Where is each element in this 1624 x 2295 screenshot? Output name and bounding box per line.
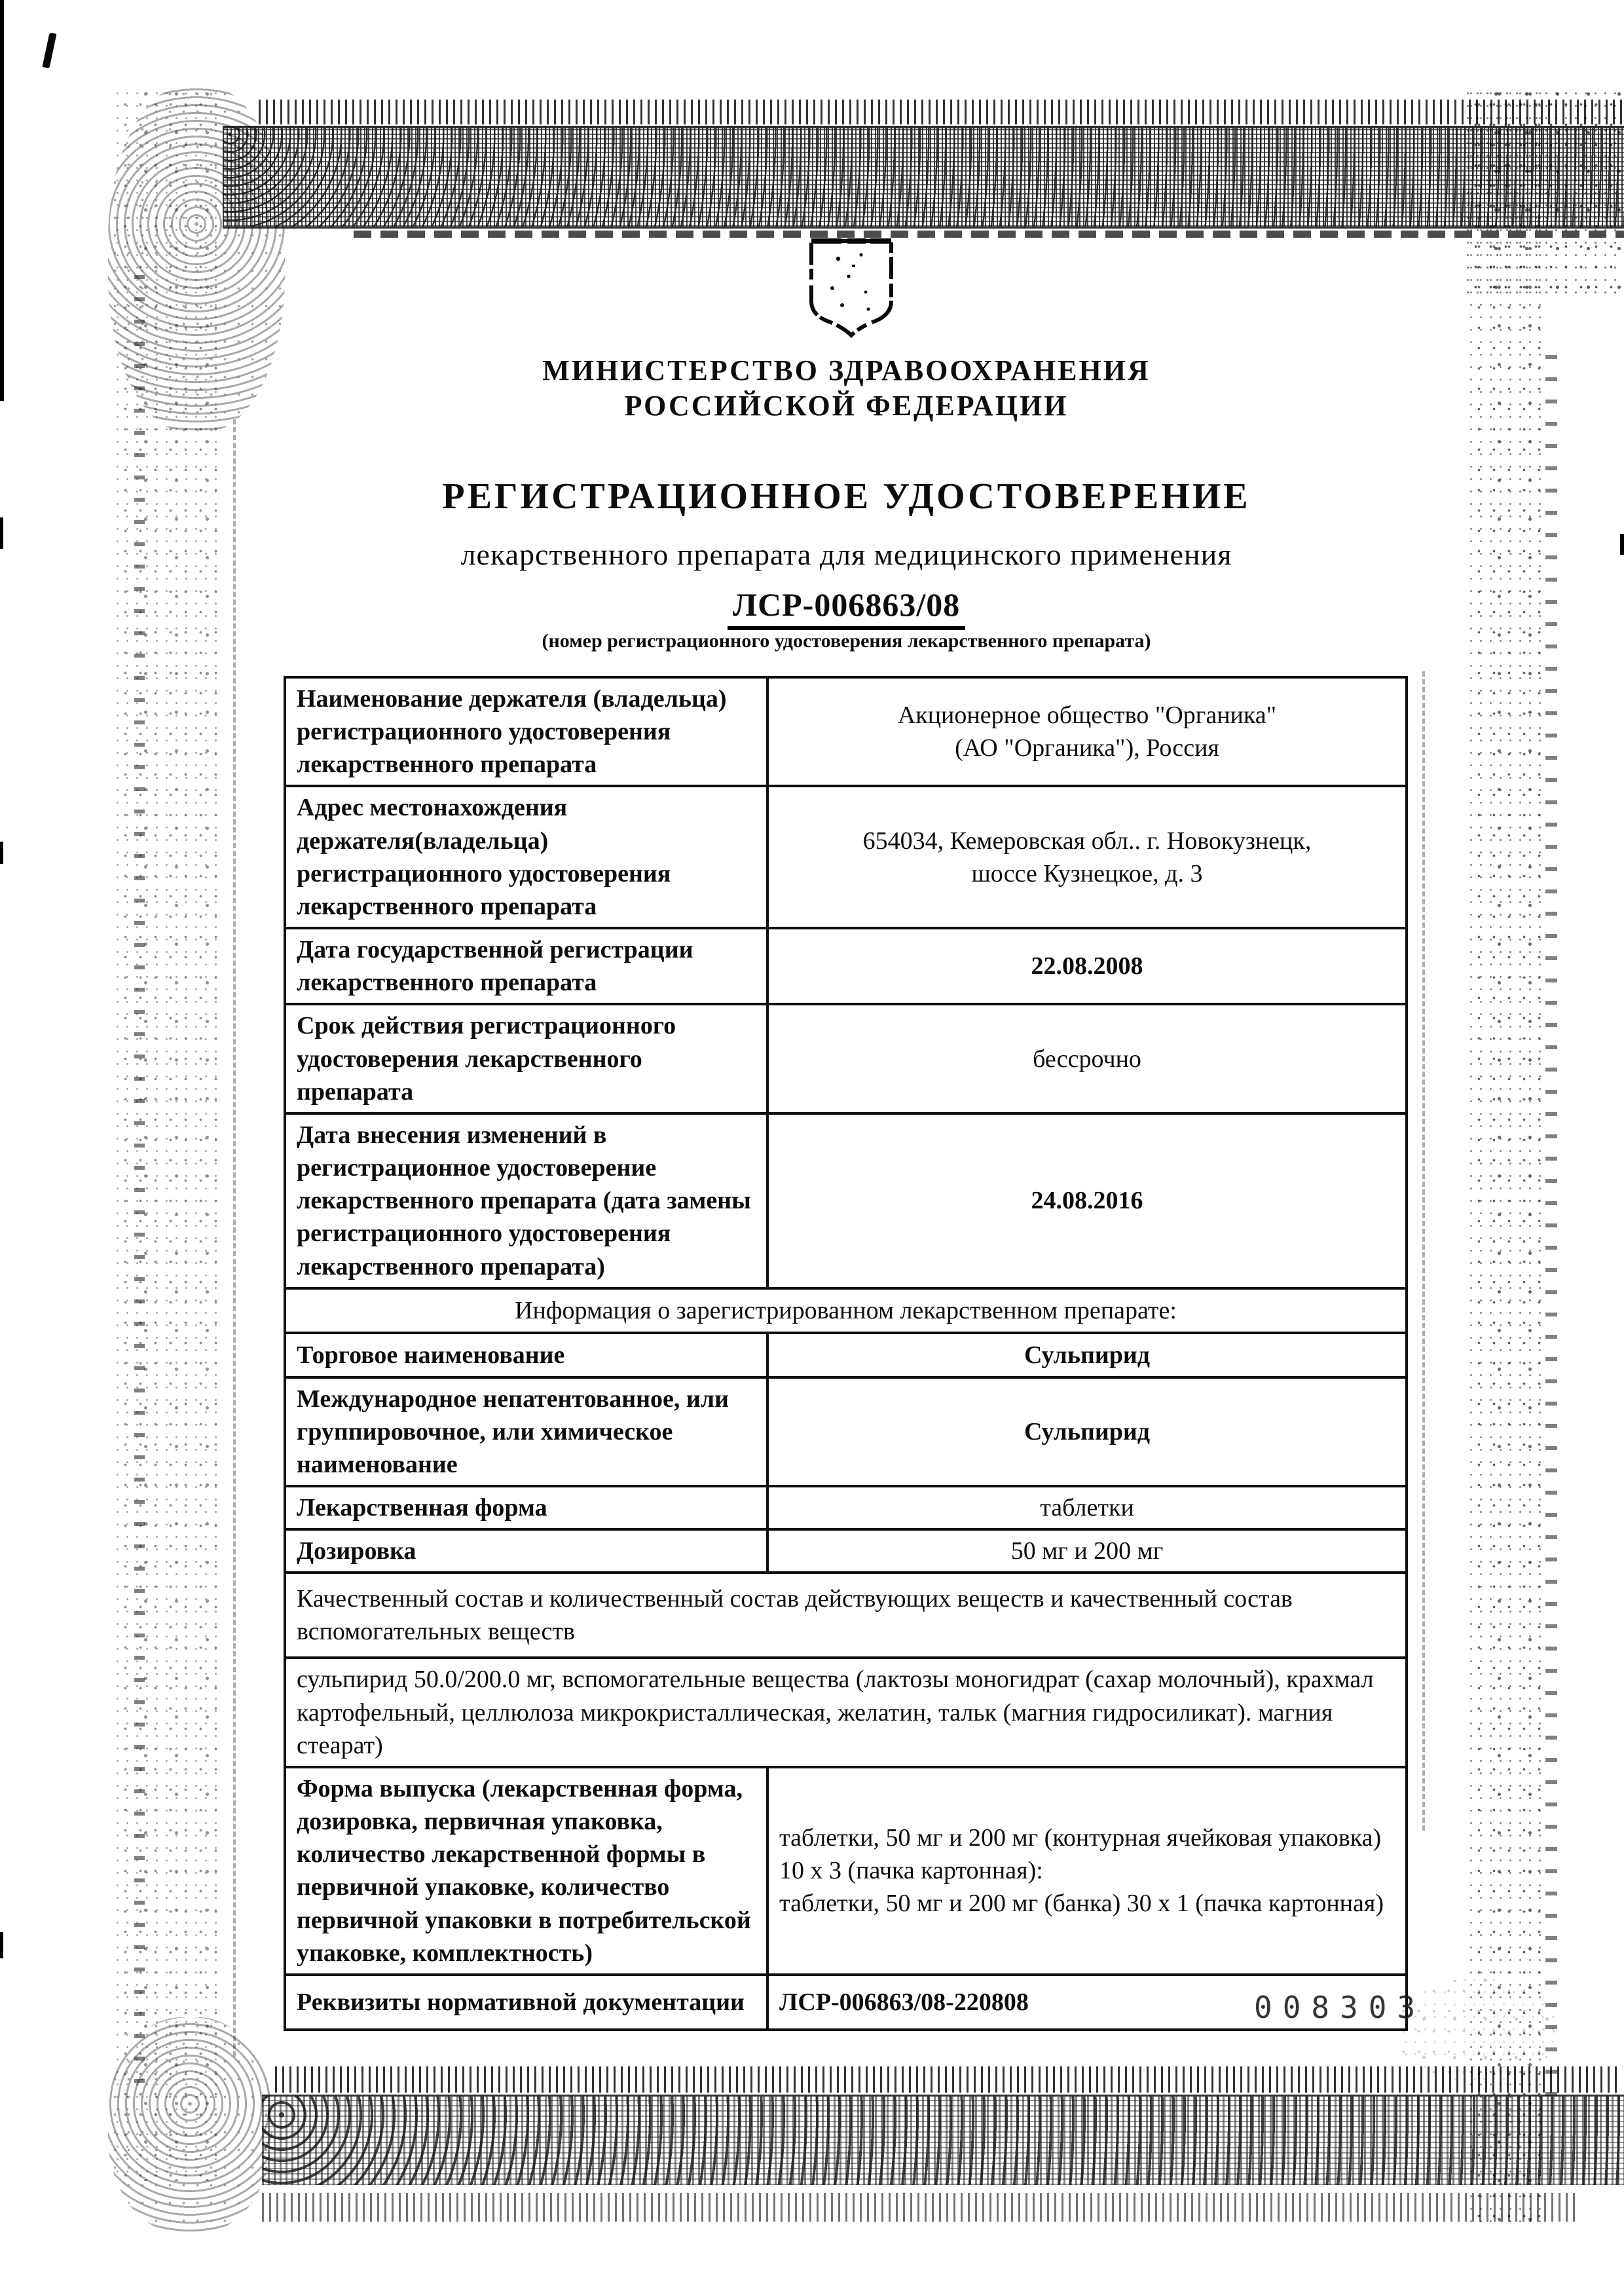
row-label: Адрес местонахождения держателя(владельц… xyxy=(285,786,767,928)
pen-mark xyxy=(43,32,57,68)
scan-edge-artifact xyxy=(0,0,4,401)
table-row: Срок действия регистрационного удостовер… xyxy=(285,1004,1407,1113)
table-row: Реквизиты нормативной документацииЛСР-00… xyxy=(285,1975,1407,2030)
ornate-border-right xyxy=(1470,92,1545,2227)
registration-table: Наименование держателя (владельца) регис… xyxy=(284,676,1408,2031)
row-value: 24.08.2016 xyxy=(767,1113,1407,1288)
row-label: Срок действия регистрационного удостовер… xyxy=(285,1004,767,1113)
registration-number: ЛСР-006863/08 xyxy=(275,586,1418,630)
table-row: Качественный состав и количественный сос… xyxy=(285,1573,1407,1658)
document-subtitle: лекарственного препарата для медицинског… xyxy=(275,537,1418,572)
table-row: Наименование держателя (владельца) регис… xyxy=(285,677,1407,786)
row-label: Лекарственная форма xyxy=(285,1486,767,1529)
row-label: Форма выпуска (лекарственная форма, дози… xyxy=(285,1767,767,1975)
table-row: Международное непатентованное, или групп… xyxy=(285,1377,1407,1486)
ornate-border-corner-tr xyxy=(1467,92,1624,301)
table-row: Адрес местонахождения держателя(владельц… xyxy=(285,786,1407,928)
table-row: Дата внесения изменений в регистрационно… xyxy=(285,1113,1407,1288)
ornate-border-left-dashes xyxy=(134,275,145,2083)
row-value: Акционерное общество "Органика" (АО "Орг… xyxy=(767,677,1407,786)
coat-of-arms-icon xyxy=(802,236,900,342)
ornate-border-top xyxy=(223,126,1624,229)
row-label: Реквизиты нормативной документации xyxy=(285,1975,767,2030)
inner-frame-line-right xyxy=(1422,671,1425,1831)
row-label: Международное непатентованное, или групп… xyxy=(285,1377,767,1486)
row-value: Сульпирид xyxy=(767,1333,1407,1377)
document-page: МИНИСТЕРСТВО ЗДРАВООХРАНЕНИЯ РОССИЙСКОЙ … xyxy=(0,0,1624,2295)
ornate-border-bottom-ticks-lower xyxy=(262,2193,1578,2222)
row-label: Наименование держателя (владельца) регис… xyxy=(285,677,767,786)
table-row: сульпирид 50.0/200.0 мг, вспомогательные… xyxy=(285,1658,1407,1766)
scan-edge-artifact xyxy=(1620,534,1624,555)
row-text: Информация о зарегистрированном лекарств… xyxy=(285,1288,1407,1333)
row-label: Дата внесения изменений в регистрационно… xyxy=(285,1113,767,1288)
scan-edge-artifact xyxy=(0,517,3,549)
ornate-border-bottom xyxy=(262,2095,1624,2185)
registration-table-body: Наименование держателя (владельца) регис… xyxy=(285,677,1407,2030)
ornate-border-top-ticks xyxy=(259,100,1624,124)
ornate-border-bottom-ticks-upper xyxy=(275,2066,1617,2093)
table-row: Информация о зарегистрированном лекарств… xyxy=(285,1288,1407,1333)
ornate-border-left xyxy=(117,92,218,2181)
table-row: Дата государственной регистрации лекарст… xyxy=(285,928,1407,1004)
table-row: Торговое наименованиеСульпирид xyxy=(285,1333,1407,1377)
table-row: Форма выпуска (лекарственная форма, дози… xyxy=(285,1767,1407,1975)
ornate-border-right-dashes xyxy=(1545,341,1557,2096)
row-label: Торговое наименование xyxy=(285,1333,767,1377)
scan-edge-artifact xyxy=(0,842,3,864)
ornate-border-corner-bl xyxy=(108,2017,272,2233)
row-text: Качественный состав и количественный сос… xyxy=(285,1573,1407,1658)
row-label: Дата государственной регистрации лекарст… xyxy=(285,928,767,1004)
row-value: 22.08.2008 xyxy=(767,928,1407,1004)
ministry-name-line1: МИНИСТЕРСТВО ЗДРАВООХРАНЕНИЯ xyxy=(275,354,1418,387)
table-row: Дозировка50 мг и 200 мг xyxy=(285,1529,1407,1573)
row-text: сульпирид 50.0/200.0 мг, вспомогательные… xyxy=(285,1658,1407,1766)
document-title: РЕГИСТРАЦИОННОЕ УДОСТОВЕРЕНИЕ xyxy=(275,476,1418,517)
registration-number-caption: (номер регистрационного удостоверения ле… xyxy=(275,630,1418,652)
row-value: Сульпирид xyxy=(767,1377,1407,1486)
row-value: 50 мг и 200 мг xyxy=(767,1529,1407,1573)
ornate-border-top-rule xyxy=(354,231,1624,238)
row-value: 654034, Кемеровская обл.. г. Новокузнецк… xyxy=(767,786,1407,928)
faded-stamp-mark xyxy=(1395,1978,1559,2083)
inner-frame-line-left xyxy=(233,419,236,2057)
ministry-name-line2: РОССИЙСКОЙ ФЕДЕРАЦИИ xyxy=(275,389,1418,422)
row-label: Дозировка xyxy=(285,1529,767,1573)
table-row: Лекарственная форматаблетки xyxy=(285,1486,1407,1529)
row-value: бессрочно xyxy=(767,1004,1407,1113)
scan-edge-artifact xyxy=(0,1932,3,1958)
row-value: таблетки, 50 мг и 200 мг (контурная ячей… xyxy=(767,1767,1407,1975)
row-value: таблетки xyxy=(767,1486,1407,1529)
